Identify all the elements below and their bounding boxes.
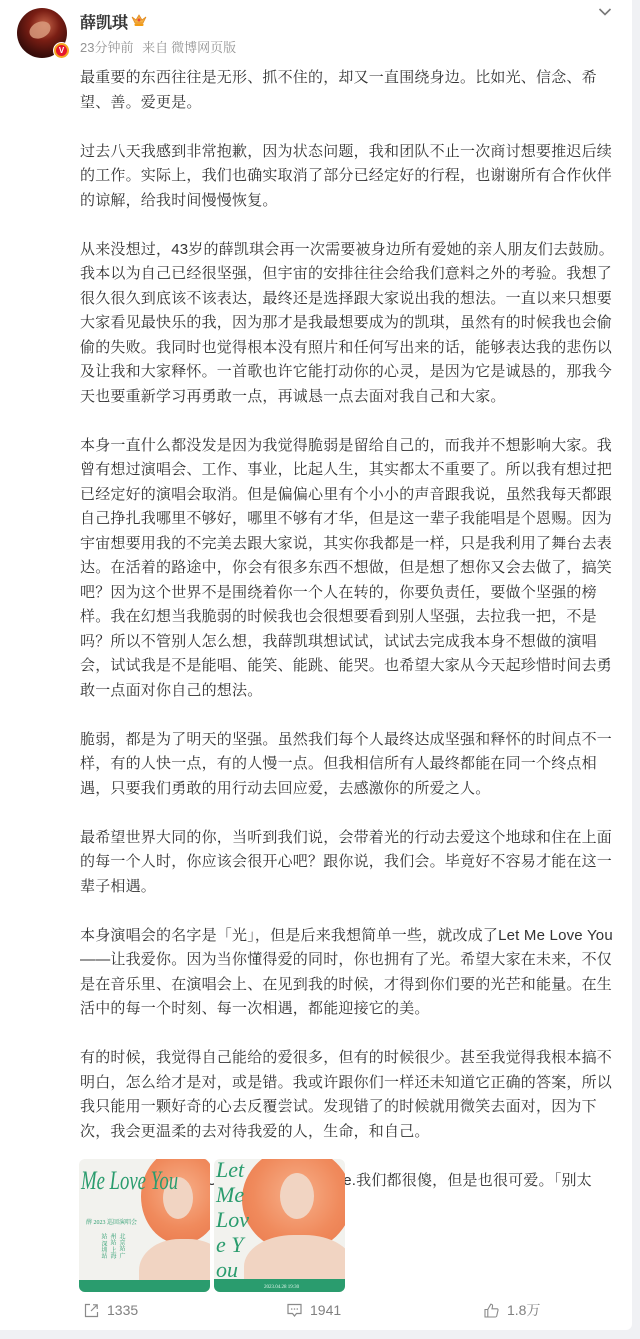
post-image-1[interactable]: Me Love You 薛 2023 巡回演唱会 北京站 广州站 上海站 深圳站 xyxy=(79,1159,210,1292)
post-meta: 23分钟前 来自微博网页版 xyxy=(80,37,241,56)
repost-button[interactable]: 1335 xyxy=(84,1297,138,1323)
like-count: 1.8万 xyxy=(507,1300,540,1320)
chevron-down-icon[interactable] xyxy=(598,6,612,18)
poster-cities: 北京站 广州站 上海站 深圳站 xyxy=(86,1233,126,1263)
source-prefix: 来自 xyxy=(142,40,168,55)
comment-icon xyxy=(287,1303,302,1318)
comment-button[interactable]: 1941 xyxy=(287,1297,341,1323)
like-icon xyxy=(484,1303,499,1318)
weibo-post-card: V 薛凯琪 23分钟前 来自微博网页版 最重要的东西往往是无形、抓不住的，却又一… xyxy=(0,0,632,1330)
post-time[interactable]: 23分钟前 xyxy=(80,40,133,55)
poster-subtitle: 薛 2023 巡回演唱会 xyxy=(86,1217,137,1226)
repost-count: 1335 xyxy=(107,1302,138,1318)
post-body: 最重要的东西往往是无形、抓不住的，却又一直围绕身边。比如光、信念、希望、善。爱更… xyxy=(80,66,620,1218)
avatar-photo xyxy=(27,18,54,42)
post-source: 微博网页版 xyxy=(171,40,236,55)
post-image-2[interactable]: Let Me Love You 2023.04.28 19:30 xyxy=(214,1159,345,1292)
poster-date: 2023.04.28 19:30 xyxy=(264,1285,299,1290)
paragraph: 过去八天我感到非常抱歉，因为状态问题，我和团队不止一次商讨想要推迟后续的工作。实… xyxy=(80,140,620,214)
comment-count: 1941 xyxy=(310,1302,341,1318)
repost-icon xyxy=(84,1303,99,1318)
paragraph: 本身一直什么都没发是因为我觉得脆弱是留给自己的，而我并不想影响大家。我曾有想过演… xyxy=(80,434,620,704)
paragraph: 脆弱，都是为了明天的坚强。虽然我们每个人最终达成坚强和释怀的时间点不一样，有的人… xyxy=(80,728,620,802)
verified-badge-icon: V xyxy=(53,42,70,59)
vip-crown-icon xyxy=(131,13,147,27)
like-button[interactable]: 1.8万 xyxy=(484,1297,540,1323)
author-name[interactable]: 薛凯琪 xyxy=(80,10,128,33)
poster-face xyxy=(280,1173,314,1219)
paragraph: 最希望世界大同的你，当听到我们说，会带着光的行动去爱这个地球和住在上面的每一个人… xyxy=(80,826,620,900)
paragraph: 本身演唱会的名字是「光」，但是后来我想简单一些，就改成了Let Me Love … xyxy=(80,924,620,1022)
action-bar: 1335 1941 1.8万 xyxy=(0,1297,632,1323)
paragraph: 最重要的东西往往是无形、抓不住的，却又一直围绕身边。比如光、信念、希望、善。爱更… xyxy=(80,66,620,115)
paragraph: 从来没想过，43岁的薛凯琪会再一次需要被身边所有爱她的亲人朋友们去鼓励。我本以为… xyxy=(80,238,620,410)
poster-sponsor-band xyxy=(79,1280,210,1292)
poster-title: Let Me Love You xyxy=(216,1159,250,1282)
poster-title: Me Love You xyxy=(81,1167,178,1195)
paragraph: 有的时候，我觉得自己能给的爱很多，但有的时候很少。甚至我觉得我根本搞不明白，怎么… xyxy=(80,1046,620,1144)
